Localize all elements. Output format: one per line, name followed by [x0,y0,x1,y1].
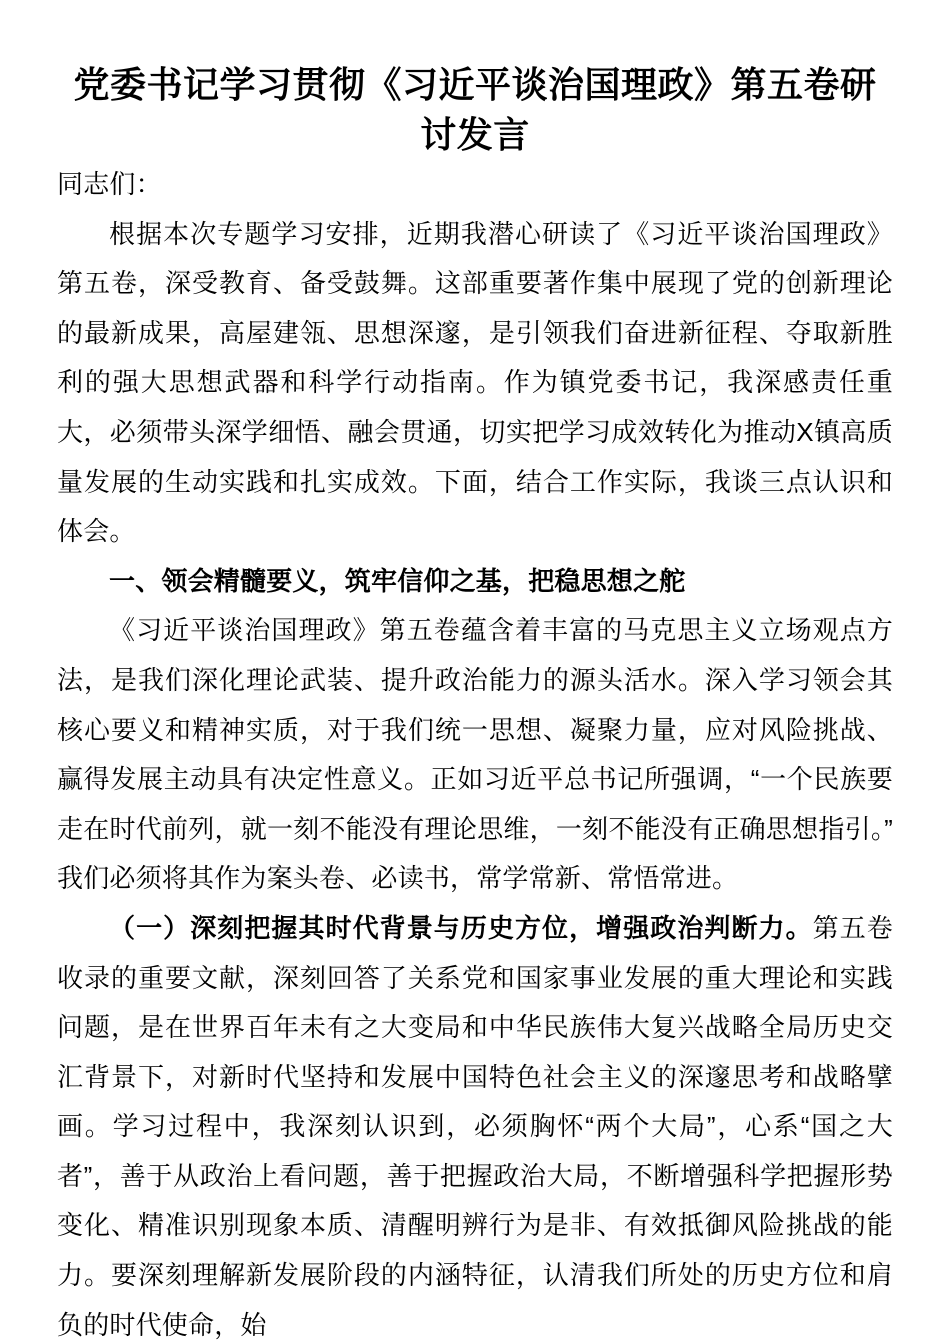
subsection-1-text: 第五卷收录的重要文献，深刻回答了关系党和国家事业发展的重大理论和实践问题，是在世… [57,913,893,1340]
document-page: 党委书记学习贯彻《习近平谈治国理政》第五卷研讨发言 同志们： 根据本次专题学习安… [0,0,950,1344]
section-heading-1: 一、领会精髓要义，筑牢信仰之基，把稳思想之舵 [57,557,893,607]
paragraph-section-1: 《习近平谈治国理政》第五卷蕴含着丰富的马克思主义立场观点方法，是我们深化理论武装… [57,606,893,904]
paragraph-intro: 根据本次专题学习安排，近期我潜心研读了《习近平谈治国理政》第五卷，深受教育、备受… [57,210,893,557]
salutation: 同志们： [57,160,893,210]
document-title: 党委书记学习贯彻《习近平谈治国理政》第五卷研讨发言 [57,60,893,160]
paragraph-subsection-1: （一）深刻把握其时代背景与历史方位，增强政治判断力。第五卷收录的重要文献，深刻回… [57,904,893,1344]
subsection-1-heading: （一）深刻把握其时代背景与历史方位，增强政治判断力。 [109,913,813,943]
